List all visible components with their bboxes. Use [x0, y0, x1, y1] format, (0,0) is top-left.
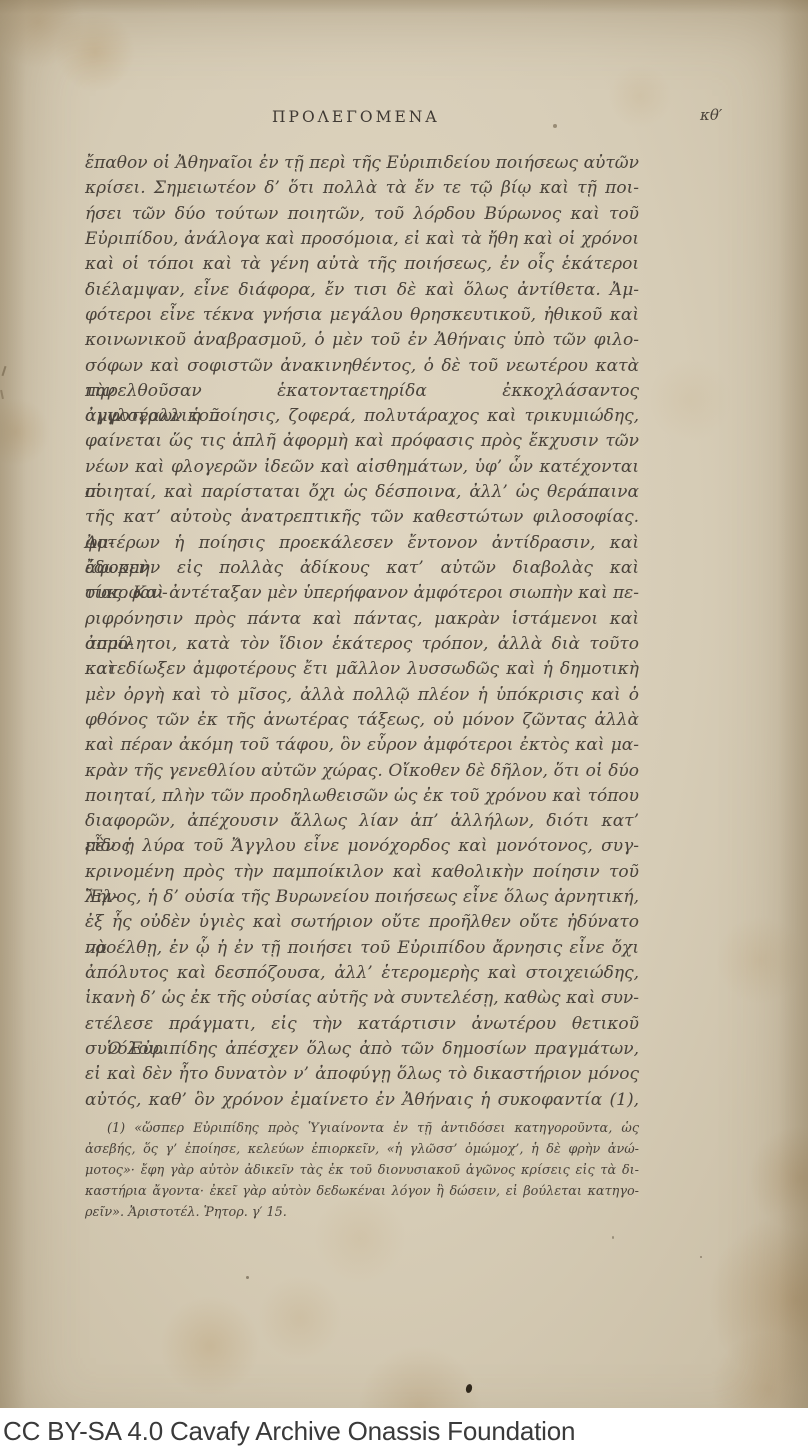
ink-speck: [246, 1276, 249, 1279]
ink-speck: [553, 124, 557, 128]
text-line: φθόνος τῶν ἐκ τῆς ἀνωτέρας τάξεως, οὐ μό…: [85, 708, 639, 733]
text-line: (1) «ὥσπερ Εὐριπίδης πρὸς Ὑγιαίνοντα ἐν …: [85, 1118, 639, 1139]
text-line: ἔπαθον οἱ Ἀθηναῖοι ἐν τῇ περὶ τῆς Εὐριπι…: [85, 151, 639, 176]
text-line: διέλαμψαν, εἶνε διάφορα, ἔν τισι δὲ καὶ …: [85, 278, 639, 303]
text-line: τῆς κατ’ αὐτοὺς ἀνατρεπτικῆς τῶν καθεστώ…: [85, 505, 639, 530]
text-line: ἀπόλυτος καὶ δεσπόζουσα, ἀλλ’ ἑτερομερὴς…: [85, 961, 639, 986]
text-line: κρινομένη πρὸς τὴν παμποίκιλον καὶ καθολ…: [85, 860, 639, 885]
text-line: κρίσει. Σημειωτέον δ’ ὅτι πολλὰ τὰ ἔν τε…: [85, 176, 639, 201]
text-line: ποιηταί, καὶ παρίσταται ὄχι ὡς δέσποινα,…: [85, 480, 639, 505]
text-line: κατεδίωξεν ἀμφοτέρους ἔτι μᾶλλον λυσσωδῶ…: [85, 657, 639, 682]
margin-mark: [2, 366, 7, 376]
text-line: μὲν ὀργὴ καὶ τὸ μῖσος, ἀλλὰ πολλῷ πλέον …: [85, 683, 639, 708]
text-line: προέλθῃ, ἐν ᾧ ἡ ἐν τῇ ποιήσει τοῦ Εὐριπί…: [85, 936, 639, 961]
text-line: ἀσεβής, ὅς γ’ ἐποίησε, κελεύων ἐπιορκεῖν…: [85, 1139, 639, 1160]
text-line: ἀμφοτέρων ἡ ποίησις, ζοφερά, πολυτάραχος…: [85, 404, 639, 429]
text-line: Εὐριπίδου, ἀνάλογα καὶ προσόμοια, εἰ καὶ…: [85, 227, 639, 252]
ink-speck: [465, 1383, 473, 1393]
text-line: Ὁ Εὐριπίδης ἀπέσχεν ὅλως ἀπὸ τῶν δημοσίω…: [85, 1037, 639, 1062]
license-text: CC BY-SA 4.0 Cavafy Archive Onassis Foun…: [0, 1416, 575, 1447]
text-line: κρὰν τῆς γενεθλίου αὐτῶν χώρας. Οἴκοθεν …: [85, 759, 639, 784]
text-line: ρεῖν». Ἀριστοτέλ. Ῥητορ. γ′ 15.: [85, 1202, 639, 1223]
text-line: ήσει τῶν δύο τούτων ποιητῶν, τοῦ λόρδου …: [85, 202, 639, 227]
text-line: μὲν ἡ λύρα τοῦ Ἄγγλου εἶνε μονόχορδος κα…: [85, 834, 639, 859]
text-line: ἐξ ἧς οὐδὲν ὑγιὲς καὶ σωτήριον οὔτε προῆ…: [85, 910, 639, 935]
book-page-scan: ΠΡΟΛΕΓΟΜΕΝΑ κθ′ ἔπαθον οἱ Ἀθηναῖοι ἐν τῇ…: [0, 0, 808, 1454]
text-line: κοινωνικοῦ ἀναβρασμοῦ, ὁ μὲν τοῦ ἐν Ἀθήν…: [85, 328, 639, 353]
text-line: ληνος, ἡ δ’ οὐσία τῆς Βυρωνείου ποιήσεως…: [85, 885, 639, 910]
text-line: ἱκανὴ δ’ ὡς ἐκ τῆς οὐσίας αὐτῆς νὰ συντε…: [85, 986, 639, 1011]
text-line: ποιηταί, πλὴν τῶν προδηλωθεισῶν ὡς ἐκ το…: [85, 784, 639, 809]
text-line: σομίλητοι, κατὰ τὸν ἴδιον ἑκάτερος τρόπο…: [85, 632, 639, 657]
ink-speck: [612, 1236, 614, 1239]
text-line: παρελθοῦσαν ἑκατονταετηρίδα ἐκκοχλάσαντο…: [85, 379, 639, 404]
text-line: καστήρια ἄγοντα· ἐκεῖ γὰρ αὐτὸν δεδωκένα…: [85, 1181, 639, 1202]
text-line: μοτος»· ἔφη γὰρ αὐτὸν ἀδικεῖν τὰς ἐκ τοῦ…: [85, 1160, 639, 1181]
text-line: νέων καὶ φλογερῶν ἰδεῶν καὶ αἰσθημάτων, …: [85, 455, 639, 480]
text-line: ετέλεσε πράγματι, εἰς τὴν κατάρτισιν ἀνω…: [85, 1012, 639, 1037]
text-line: φοτέρων ἡ ποίησις προεκάλεσεν ἔντονον ἀν…: [85, 531, 639, 556]
body-text: ἔπαθον οἱ Ἀθηναῖοι ἐν τῇ περὶ τῆς Εὐριπι…: [85, 151, 639, 1113]
page-title: ΠΡΟΛΕΓΟΜΕΝΑ: [272, 108, 440, 126]
license-bar: CC BY-SA 4.0 Cavafy Archive Onassis Foun…: [0, 1408, 808, 1454]
text-line: αὐτός, καθ’ ὃν χρόνον ἐμαίνετο ἐν Ἀθήναι…: [85, 1088, 639, 1113]
text-line: ριφρόνησιν πρὸς πάντα καὶ πάντας, μακρὰν…: [85, 607, 639, 632]
text-line: φαίνεται ὥς τις ἁπλῆ ἀφορμὴ καὶ πρόφασις…: [85, 429, 639, 454]
text-line: εἰ καὶ δὲν ἦτο δυνατὸν ν’ ἀποφύγῃ ὅλως τ…: [85, 1062, 639, 1087]
page-number: κθ′: [700, 106, 722, 124]
footnote-text: (1) «ὥσπερ Εὐριπίδης πρὸς Ὑγιαίνοντα ἐν …: [85, 1118, 639, 1223]
ink-speck: [700, 1256, 702, 1258]
text-line: σόφων καὶ σοφιστῶν ἀνακινηθέντος, ὁ δὲ τ…: [85, 354, 639, 379]
text-line: καὶ οἱ τόποι καὶ τὰ γένη αὐτὰ τῆς ποιήσε…: [85, 252, 639, 277]
text-line: φότεροι εἶνε τέκνα γνήσια μεγάλου θρησκε…: [85, 303, 639, 328]
text-line: καὶ πέραν ἀκόμη τοῦ τάφου, ὃν εὗρον ἀμφό…: [85, 733, 639, 758]
text-line: τίας. Καὶ ἀντέταξαν μὲν ὑπερήφανον ἀμφότ…: [85, 581, 639, 606]
text-line: ἀφορμὴν εἰς πολλὰς ἀδίκους κατ’ αὐτῶν δι…: [85, 556, 639, 581]
margin-mark: [0, 390, 4, 399]
text-line: διαφορῶν, ἀπέχουσιν ἄλλως λίαν ἀπ’ ἀλλήλ…: [85, 809, 639, 834]
